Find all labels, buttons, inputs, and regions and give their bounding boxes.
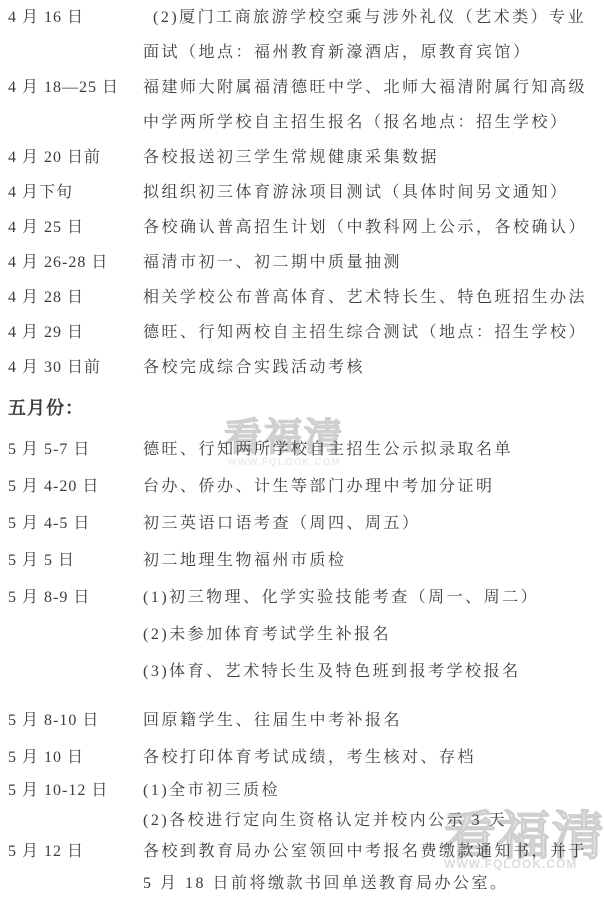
- row-date: 5 月 4-20 日: [8, 468, 143, 505]
- description-item: 拟组织初三体育游泳项目测试（具体时间另文通知）: [143, 175, 598, 210]
- description-item: (1)全市初三质检: [143, 776, 598, 806]
- description-item: (3)体育、艺术特长生及特色班到报考学校报名: [143, 653, 598, 690]
- row-description: 福清市初一、初二期中质量抽测: [143, 245, 598, 280]
- row-date: 4 月 30 日前: [8, 350, 143, 385]
- row-description: (1)全市初三质检(2)各校进行定向生资格认定并校内公示 3 天: [143, 776, 598, 836]
- description-item: (2)各校进行定向生资格认定并校内公示 3 天: [143, 806, 598, 836]
- schedule-row: 4 月 25 日各校确认普高招生计划（中教科网上公示，各校确认）: [8, 210, 600, 245]
- row-date: 5 月 4-5 日: [8, 505, 143, 542]
- row-date: 5 月 5 日: [8, 542, 143, 579]
- description-item: 德旺、行知两校自主招生综合测试（地点：招生学校）: [143, 315, 598, 350]
- description-item: (2)厦门工商旅游学校空乘与涉外礼仪（艺术类）专业面试（地点：福州教育新濠酒店，…: [143, 0, 598, 70]
- row-description: 德旺、行知两所学校自主招生公示拟录取名单: [143, 431, 598, 468]
- schedule-row: 4 月下旬拟组织初三体育游泳项目测试（具体时间另文通知）: [8, 175, 600, 210]
- row-description: 初二地理生物福州市质检: [143, 542, 598, 579]
- schedule-row: 5 月 5 日初二地理生物福州市质检: [8, 542, 600, 579]
- schedule-row: 5 月 4-5 日初三英语口语考查（周四、周五）: [8, 505, 600, 542]
- description-item: (1)初三物理、化学实验技能考查（周一、周二）: [143, 579, 598, 616]
- row-description: 各校完成综合实践活动考核: [143, 350, 598, 385]
- schedule-row: 5 月 4-20 日台办、侨办、计生等部门办理中考加分证明: [8, 468, 600, 505]
- row-date: 5 月 8-9 日: [8, 579, 143, 616]
- row-description: 各校打印体育考试成绩，考生核对、存档: [143, 739, 598, 776]
- row-date: 4 月 20 日前: [8, 140, 143, 175]
- schedule-row: 4 月 16 日(2)厦门工商旅游学校空乘与涉外礼仪（艺术类）专业面试（地点：福…: [8, 0, 600, 70]
- description-item: 各校打印体育考试成绩，考生核对、存档: [143, 739, 598, 776]
- row-date: 4 月 29 日: [8, 315, 143, 350]
- row-description: 各校确认普高招生计划（中教科网上公示，各校确认）: [143, 210, 598, 245]
- schedule-row: 4 月 26-28 日福清市初一、初二期中质量抽测: [8, 245, 600, 280]
- row-date: 4 月 18—25 日: [8, 70, 143, 105]
- description-item: 福建师大附属福清德旺中学、北师大福清附属行知高级中学两所学校自主招生报名（报名地…: [143, 70, 598, 140]
- row-date: 5 月 5-7 日: [8, 431, 143, 468]
- row-date: 4 月 25 日: [8, 210, 143, 245]
- description-item: 各校到教育局办公室领回中考报名费缴款通知书，并于 5 月 18 日前将缴款书回单…: [143, 836, 598, 898]
- row-date: 4 月 16 日: [8, 0, 143, 35]
- description-item: 各校确认普高招生计划（中教科网上公示，各校确认）: [143, 210, 598, 245]
- section-header: 五月份：: [8, 385, 600, 431]
- schedule-row: 4 月 30 日前各校完成综合实践活动考核: [8, 350, 600, 385]
- description-item: 初三英语口语考查（周四、周五）: [143, 505, 598, 542]
- schedule-row: 4 月 18—25 日福建师大附属福清德旺中学、北师大福清附属行知高级中学两所学…: [8, 70, 600, 140]
- row-description: 初三英语口语考查（周四、周五）: [143, 505, 598, 542]
- row-description: 拟组织初三体育游泳项目测试（具体时间另文通知）: [143, 175, 598, 210]
- row-date: 4 月下旬: [8, 175, 143, 210]
- schedule-row: 4 月 29 日德旺、行知两校自主招生综合测试（地点：招生学校）: [8, 315, 600, 350]
- row-description: (1)初三物理、化学实验技能考查（周一、周二）(2)未参加体育考试学生补报名(3…: [143, 579, 598, 690]
- description-item: 台办、侨办、计生等部门办理中考加分证明: [143, 468, 598, 505]
- schedule-row: 5 月 10-12 日(1)全市初三质检(2)各校进行定向生资格认定并校内公示 …: [8, 776, 600, 836]
- row-date: 5 月 10-12 日: [8, 776, 143, 806]
- row-description: 相关学校公布普高体育、艺术特长生、特色班招生办法: [143, 280, 598, 315]
- row-date: 5 月 10 日: [8, 739, 143, 776]
- row-date: 5 月 12 日: [8, 836, 143, 868]
- row-date: 5 月 8-10 日: [8, 702, 143, 739]
- schedule-row: 5 月 12 日各校到教育局办公室领回中考报名费缴款通知书，并于 5 月 18 …: [8, 836, 600, 898]
- row-description: 德旺、行知两校自主招生综合测试（地点：招生学校）: [143, 315, 598, 350]
- row-description: 台办、侨办、计生等部门办理中考加分证明: [143, 468, 598, 505]
- row-description: 福建师大附属福清德旺中学、北师大福清附属行知高级中学两所学校自主招生报名（报名地…: [143, 70, 598, 140]
- row-date: 4 月 28 日: [8, 280, 143, 315]
- schedule-row: 5 月 8-10 日回原籍学生、往届生中考补报名: [8, 702, 600, 739]
- document-page: 看福清 WWW.FQLOOK.COM 看福清 WWW.FQLOOK.COM 4 …: [0, 0, 604, 898]
- row-date: 4 月 26-28 日: [8, 245, 143, 280]
- description-item: 各校报送初三学生常规健康采集数据: [143, 140, 598, 175]
- description-item: 福清市初一、初二期中质量抽测: [143, 245, 598, 280]
- description-item: 初二地理生物福州市质检: [143, 542, 598, 579]
- description-item: 相关学校公布普高体育、艺术特长生、特色班招生办法: [143, 280, 598, 315]
- schedule-document: 4 月 16 日(2)厦门工商旅游学校空乘与涉外礼仪（艺术类）专业面试（地点：福…: [0, 0, 604, 898]
- schedule-section: 五月份：5 月 5-7 日德旺、行知两所学校自主招生公示拟录取名单5 月 4-2…: [8, 385, 600, 898]
- schedule-row: 5 月 8-9 日(1)初三物理、化学实验技能考查（周一、周二）(2)未参加体育…: [8, 579, 600, 690]
- description-item: 德旺、行知两所学校自主招生公示拟录取名单: [143, 431, 598, 468]
- description-item: 各校完成综合实践活动考核: [143, 350, 598, 385]
- schedule-row: 4 月 28 日相关学校公布普高体育、艺术特长生、特色班招生办法: [8, 280, 600, 315]
- schedule-row: 4 月 20 日前各校报送初三学生常规健康采集数据: [8, 140, 600, 175]
- row-description: 各校到教育局办公室领回中考报名费缴款通知书，并于 5 月 18 日前将缴款书回单…: [143, 836, 598, 898]
- row-description: 回原籍学生、往届生中考补报名: [143, 702, 598, 739]
- description-item: 回原籍学生、往届生中考补报名: [143, 702, 598, 739]
- row-description: 各校报送初三学生常规健康采集数据: [143, 140, 598, 175]
- schedule-section: 4 月 16 日(2)厦门工商旅游学校空乘与涉外礼仪（艺术类）专业面试（地点：福…: [8, 0, 600, 385]
- row-description: (2)厦门工商旅游学校空乘与涉外礼仪（艺术类）专业面试（地点：福州教育新濠酒店，…: [143, 0, 598, 70]
- schedule-row: 5 月 5-7 日德旺、行知两所学校自主招生公示拟录取名单: [8, 431, 600, 468]
- schedule-row: 5 月 10 日各校打印体育考试成绩，考生核对、存档: [8, 739, 600, 776]
- description-item: (2)未参加体育考试学生补报名: [143, 616, 598, 653]
